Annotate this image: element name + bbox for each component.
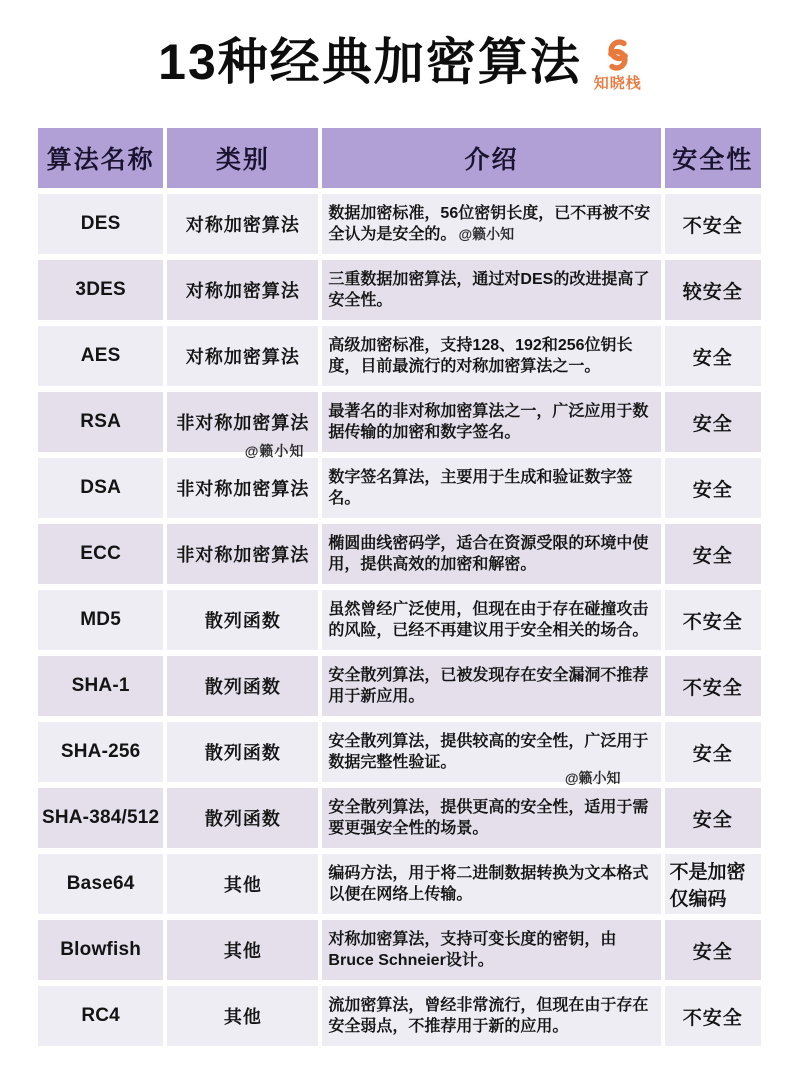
table-row: Base64 其他 编码方法，用于将二进制数据转换为文本格式以便在网络上传输。 … bbox=[38, 854, 761, 914]
intro-cell: 安全散列算法，提供较高的安全性，广泛用于数据完整性验证。 @籁小知 bbox=[322, 722, 660, 782]
security-cell: 安全 bbox=[665, 788, 761, 848]
header-security: 安全性 bbox=[665, 128, 761, 188]
page-title: 13种经典加密算法 bbox=[158, 31, 582, 87]
category-cell: 其他 bbox=[167, 854, 318, 914]
intro-text-wrap: 高级加密标准，支持128、192和256位钥长度，目前最流行的对称加密算法之一。 bbox=[328, 335, 657, 377]
category-label: 散列函数 bbox=[205, 739, 281, 765]
category-label: 非对称加密算法 bbox=[176, 475, 309, 501]
table-row: RSA 非对称加密算法 @籁小知 最著名的非对称加密算法之一，广泛应用于数据传输… bbox=[38, 392, 761, 452]
intro-text: 安全散列算法，提供较高的安全性，广泛用于数据完整性验证。 bbox=[328, 733, 648, 771]
security-cell: 安全 bbox=[665, 326, 761, 386]
brand-name: 知晓栈 bbox=[594, 72, 642, 93]
table-header-row: 算法名称 类别 介绍 安全性 bbox=[38, 128, 761, 188]
security-cell: 安全 bbox=[665, 458, 761, 518]
category-cell: 散列函数 bbox=[167, 788, 318, 848]
intro-text: 虽然曾经广泛使用，但现在由于存在碰撞攻击的风险，已经不再建议用于安全相关的场合。 bbox=[328, 601, 648, 639]
intro-cell: 虽然曾经广泛使用，但现在由于存在碰撞攻击的风险，已经不再建议用于安全相关的场合。 bbox=[322, 590, 660, 650]
algorithm-name: RSA bbox=[80, 411, 121, 433]
watermark: @籁小知 bbox=[565, 769, 621, 787]
security-label: 不安全 bbox=[683, 607, 743, 634]
security-cell: 不安全 bbox=[665, 656, 761, 716]
category-cell: 散列函数 bbox=[167, 722, 318, 782]
intro-text: 高级加密标准，支持128、192和256位钥长度，目前最流行的对称加密算法之一。 bbox=[328, 337, 632, 375]
intro-text-wrap: 安全散列算法，已被发现存在安全漏洞不推荐用于新应用。 bbox=[328, 665, 657, 707]
algorithm-name: AES bbox=[81, 345, 121, 367]
algorithm-name: MD5 bbox=[80, 609, 121, 631]
intro-text: 数字签名算法，主要用于生成和验证数字签名。 bbox=[328, 469, 632, 507]
security-label: 安全 bbox=[693, 805, 733, 832]
intro-text-wrap: 数据加密标准，56位密钥长度，已不再被不安全认为是安全的。@籁小知 bbox=[328, 203, 657, 245]
table-row: SHA-1 散列函数 安全散列算法，已被发现存在安全漏洞不推荐用于新应用。 不安… bbox=[38, 656, 761, 716]
category-cell: 对称加密算法 bbox=[167, 194, 318, 254]
intro-text-wrap: 安全散列算法，提供较高的安全性，广泛用于数据完整性验证。 bbox=[328, 731, 657, 773]
algorithm-name: Blowfish bbox=[60, 939, 141, 961]
security-label: 较安全 bbox=[683, 277, 743, 304]
security-label: 安全 bbox=[693, 409, 733, 436]
security-cell: 安全 bbox=[665, 524, 761, 584]
table-row: 3DES 对称加密算法 三重数据加密算法，通过对DES的改进提高了安全性。 较安… bbox=[38, 260, 761, 320]
category-label: 散列函数 bbox=[205, 805, 281, 831]
category-cell: 非对称加密算法 bbox=[167, 524, 318, 584]
security-cell: 不安全 bbox=[665, 590, 761, 650]
security-label: 不是加密仅编码 bbox=[670, 857, 761, 911]
algorithm-name-cell: MD5 bbox=[38, 590, 163, 650]
algorithm-name-cell: 3DES bbox=[38, 260, 163, 320]
security-cell: 安全 bbox=[665, 722, 761, 782]
algorithm-name: DSA bbox=[80, 477, 121, 499]
algorithm-name: SHA-1 bbox=[72, 675, 130, 697]
intro-cell: 数字签名算法，主要用于生成和验证数字签名。 bbox=[322, 458, 660, 518]
algorithm-name-cell: RC4 bbox=[38, 986, 163, 1046]
category-label: 其他 bbox=[224, 1003, 262, 1029]
category-label: 非对称加密算法 bbox=[176, 541, 309, 567]
algorithm-name: 3DES bbox=[75, 279, 125, 301]
algorithm-name-cell: DES bbox=[38, 194, 163, 254]
intro-text-wrap: 对称加密算法，支持可变长度的密钥，由Bruce Schneier设计。 bbox=[328, 929, 657, 971]
intro-text-wrap: 流加密算法，曾经非常流行，但现在由于存在安全弱点，不推荐用于新的应用。 bbox=[328, 995, 657, 1037]
security-label: 安全 bbox=[693, 475, 733, 502]
header-algorithm-name: 算法名称 bbox=[38, 128, 163, 188]
security-cell: 较安全 bbox=[665, 260, 761, 320]
security-label: 安全 bbox=[693, 343, 733, 370]
intro-text-wrap: 安全散列算法，提供更高的安全性，适用于需要更强安全性的场景。 bbox=[328, 797, 657, 839]
intro-cell: 流加密算法，曾经非常流行，但现在由于存在安全弱点，不推荐用于新的应用。 bbox=[322, 986, 660, 1046]
algorithm-name: RC4 bbox=[81, 1005, 120, 1027]
algorithm-name-cell: AES bbox=[38, 326, 163, 386]
category-label: 对称加密算法 bbox=[186, 211, 300, 237]
table-row: SHA-384/512 散列函数 安全散列算法，提供更高的安全性，适用于需要更强… bbox=[38, 788, 761, 848]
intro-text: 安全散列算法，已被发现存在安全漏洞不推荐用于新应用。 bbox=[328, 667, 648, 705]
algorithm-name-cell: Base64 bbox=[38, 854, 163, 914]
security-cell: 安全 bbox=[665, 920, 761, 980]
brand-logo: 知晓栈 bbox=[594, 39, 642, 93]
header-intro: 介绍 bbox=[322, 128, 660, 188]
category-label: 散列函数 bbox=[205, 673, 281, 699]
intro-cell: 椭圆曲线密码学，适合在资源受限的环境中使用，提供高效的加密和解密。 bbox=[322, 524, 660, 584]
algorithm-name-cell: DSA bbox=[38, 458, 163, 518]
intro-cell: 高级加密标准，支持128、192和256位钥长度，目前最流行的对称加密算法之一。 bbox=[322, 326, 660, 386]
algorithm-name: Base64 bbox=[67, 873, 135, 895]
algorithm-name: DES bbox=[81, 213, 121, 235]
intro-text-wrap: 编码方法，用于将二进制数据转换为文本格式以便在网络上传输。 bbox=[328, 863, 657, 905]
table-row: AES 对称加密算法 高级加密标准，支持128、192和256位钥长度，目前最流… bbox=[38, 326, 761, 386]
intro-text-wrap: 最著名的非对称加密算法之一，广泛应用于数据传输的加密和数字签名。 bbox=[328, 401, 657, 443]
intro-cell: 三重数据加密算法，通过对DES的改进提高了安全性。 bbox=[322, 260, 660, 320]
category-cell: 对称加密算法 bbox=[167, 326, 318, 386]
algorithms-table: 算法名称 类别 介绍 安全性 DES 对称加密算法 数据加密标准，56位密钥长度… bbox=[38, 128, 761, 1052]
intro-text: 椭圆曲线密码学，适合在资源受限的环境中使用，提供高效的加密和解密。 bbox=[328, 535, 648, 573]
watermark: @籁小知 bbox=[458, 226, 514, 242]
algorithm-name-cell: ECC bbox=[38, 524, 163, 584]
category-label: 对称加密算法 bbox=[186, 343, 300, 369]
interlocked-s-icon bbox=[600, 39, 636, 71]
table-row: SHA-256 散列函数 安全散列算法，提供较高的安全性，广泛用于数据完整性验证… bbox=[38, 722, 761, 782]
security-label: 不安全 bbox=[683, 1003, 743, 1030]
intro-text: 流加密算法，曾经非常流行，但现在由于存在安全弱点，不推荐用于新的应用。 bbox=[328, 997, 648, 1035]
table-row: DSA 非对称加密算法 数字签名算法，主要用于生成和验证数字签名。 安全 bbox=[38, 458, 761, 518]
intro-text: 编码方法，用于将二进制数据转换为文本格式以便在网络上传输。 bbox=[328, 865, 648, 903]
algorithm-name: SHA-384/512 bbox=[42, 807, 159, 829]
table-body: DES 对称加密算法 数据加密标准，56位密钥长度，已不再被不安全认为是安全的。… bbox=[38, 194, 761, 1046]
security-label: 安全 bbox=[693, 937, 733, 964]
header-category: 类别 bbox=[167, 128, 318, 188]
security-cell: 不安全 bbox=[665, 194, 761, 254]
intro-text-wrap: 数字签名算法，主要用于生成和验证数字签名。 bbox=[328, 467, 657, 509]
security-cell: 安全 bbox=[665, 392, 761, 452]
intro-text-wrap: 三重数据加密算法，通过对DES的改进提高了安全性。 bbox=[328, 269, 657, 311]
category-label: 其他 bbox=[224, 937, 262, 963]
intro-text: 最著名的非对称加密算法之一，广泛应用于数据传输的加密和数字签名。 bbox=[328, 403, 648, 441]
intro-text-wrap: 椭圆曲线密码学，适合在资源受限的环境中使用，提供高效的加密和解密。 bbox=[328, 533, 657, 575]
security-label: 不安全 bbox=[683, 673, 743, 700]
intro-cell: 数据加密标准，56位密钥长度，已不再被不安全认为是安全的。@籁小知 bbox=[322, 194, 660, 254]
security-label: 安全 bbox=[693, 739, 733, 766]
table-row: MD5 散列函数 虽然曾经广泛使用，但现在由于存在碰撞攻击的风险，已经不再建议用… bbox=[38, 590, 761, 650]
table-row: ECC 非对称加密算法 椭圆曲线密码学，适合在资源受限的环境中使用，提供高效的加… bbox=[38, 524, 761, 584]
algorithm-name-cell: SHA-1 bbox=[38, 656, 163, 716]
category-label: 对称加密算法 bbox=[186, 277, 300, 303]
intro-text: 安全散列算法，提供更高的安全性，适用于需要更强安全性的场景。 bbox=[328, 799, 648, 837]
category-cell: 散列函数 bbox=[167, 590, 318, 650]
category-cell: 散列函数 bbox=[167, 656, 318, 716]
intro-text: 对称加密算法，支持可变长度的密钥，由Bruce Schneier设计。 bbox=[328, 931, 616, 969]
category-label: 非对称加密算法 bbox=[176, 409, 309, 435]
table-row: DES 对称加密算法 数据加密标准，56位密钥长度，已不再被不安全认为是安全的。… bbox=[38, 194, 761, 254]
algorithm-name-cell: SHA-384/512 bbox=[38, 788, 163, 848]
algorithm-name-cell: SHA-256 bbox=[38, 722, 163, 782]
table-row: Blowfish 其他 对称加密算法，支持可变长度的密钥，由Bruce Schn… bbox=[38, 920, 761, 980]
intro-cell: 安全散列算法，已被发现存在安全漏洞不推荐用于新应用。 bbox=[322, 656, 660, 716]
intro-cell: 最著名的非对称加密算法之一，广泛应用于数据传输的加密和数字签名。 bbox=[322, 392, 660, 452]
intro-cell: 对称加密算法，支持可变长度的密钥，由Bruce Schneier设计。 bbox=[322, 920, 660, 980]
security-label: 安全 bbox=[693, 541, 733, 568]
table-row: RC4 其他 流加密算法，曾经非常流行，但现在由于存在安全弱点，不推荐用于新的应… bbox=[38, 986, 761, 1046]
category-cell: 非对称加密算法 @籁小知 bbox=[167, 392, 318, 452]
category-label: 散列函数 bbox=[205, 607, 281, 633]
security-cell: 不安全 bbox=[665, 986, 761, 1046]
algorithm-name-cell: Blowfish bbox=[38, 920, 163, 980]
category-label: 其他 bbox=[224, 871, 262, 897]
intro-cell: 安全散列算法，提供更高的安全性，适用于需要更强安全性的场景。 bbox=[322, 788, 660, 848]
algorithm-name: SHA-256 bbox=[61, 741, 141, 763]
category-cell: 对称加密算法 bbox=[167, 260, 318, 320]
algorithm-name: ECC bbox=[80, 543, 121, 565]
intro-cell: 编码方法，用于将二进制数据转换为文本格式以便在网络上传输。 bbox=[322, 854, 660, 914]
watermark: @籁小知 bbox=[245, 441, 305, 461]
security-label: 不安全 bbox=[683, 211, 743, 238]
category-cell: 其他 bbox=[167, 920, 318, 980]
masthead: 13种经典加密算法 知晓栈 bbox=[0, 0, 800, 118]
intro-text-wrap: 虽然曾经广泛使用，但现在由于存在碰撞攻击的风险，已经不再建议用于安全相关的场合。 bbox=[328, 599, 657, 641]
algorithm-name-cell: RSA bbox=[38, 392, 163, 452]
category-cell: 其他 bbox=[167, 986, 318, 1046]
category-cell: 非对称加密算法 bbox=[167, 458, 318, 518]
security-cell: 不是加密仅编码 bbox=[665, 854, 761, 914]
intro-text: 三重数据加密算法，通过对DES的改进提高了安全性。 bbox=[328, 271, 649, 309]
